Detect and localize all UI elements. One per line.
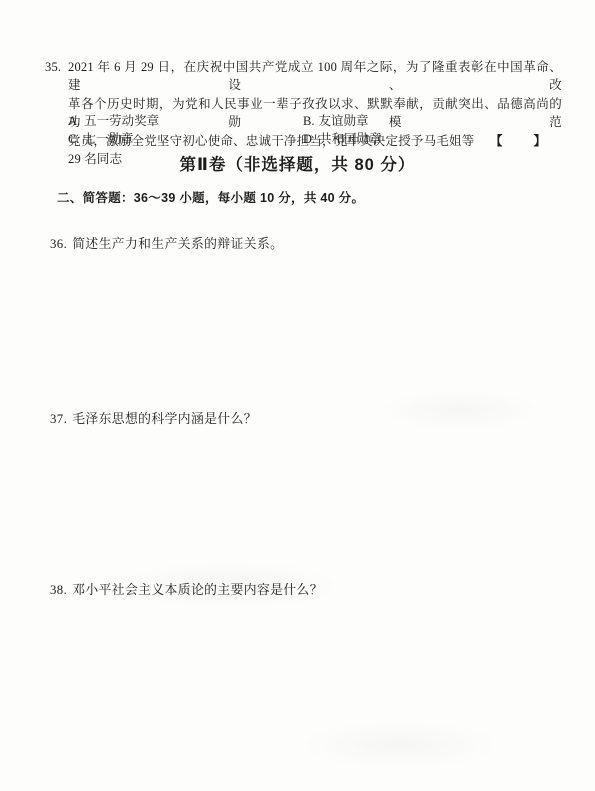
question-38-text: 邓小平社会主义本质论的主要内容是什么？ xyxy=(72,583,323,597)
option-c: C.七一勋章 xyxy=(68,130,302,148)
scan-artifact xyxy=(300,720,500,770)
option-c-text: 七一勋章 xyxy=(83,132,133,146)
options-row-2: C.七一勋章 D.共和国勋章 xyxy=(68,130,562,148)
option-c-label: C. xyxy=(68,132,79,146)
question-35-line-1: 2021 年 6 月 29 日，在庆祝中国共产党成立 100 周年之际，为了隆重… xyxy=(68,58,562,95)
question-35-options: A.五一劳动奖章 B.友谊勋章 C.七一勋章 D.共和国勋章 xyxy=(68,112,562,148)
option-a-label: A. xyxy=(68,114,80,128)
short-answer-section-intro: 二、简答题：36～39 小题，每小题 10 分，共 40 分。 xyxy=(57,188,364,206)
question-36: 36.简述生产力和生产关系的辩证关系。 xyxy=(50,233,283,252)
option-b-text: 友谊勋章 xyxy=(318,114,368,128)
part-2-header: 第Ⅱ卷（非选择题，共 80 分） xyxy=(0,151,595,175)
option-d: D.共和国勋章 xyxy=(303,130,537,148)
option-b-label: B. xyxy=(303,114,314,128)
options-row-1: A.五一劳动奖章 B.友谊勋章 xyxy=(68,112,562,130)
option-a-text: 五一劳动奖章 xyxy=(84,114,159,128)
question-38: 38.邓小平社会主义本质论的主要内容是什么？ xyxy=(50,579,323,598)
question-36-text: 简述生产力和生产关系的辩证关系。 xyxy=(72,237,283,251)
question-38-number: 38. xyxy=(50,583,67,597)
question-37-number: 37. xyxy=(50,412,67,426)
option-a: A.五一劳动奖章 xyxy=(68,112,302,130)
question-36-number: 36. xyxy=(50,237,67,251)
question-37-text: 毛泽东思想的科学内涵是什么？ xyxy=(72,412,257,426)
exam-paper-page: 35. 2021 年 6 月 29 日，在庆祝中国共产党成立 100 周年之际，… xyxy=(0,0,595,791)
question-35-number: 35. xyxy=(45,58,61,76)
option-d-label: D. xyxy=(303,132,315,146)
option-b: B.友谊勋章 xyxy=(303,112,537,130)
question-37: 37.毛泽东思想的科学内涵是什么？ xyxy=(50,408,257,427)
option-d-text: 共和国勋章 xyxy=(319,132,382,146)
scan-artifact xyxy=(380,390,540,430)
